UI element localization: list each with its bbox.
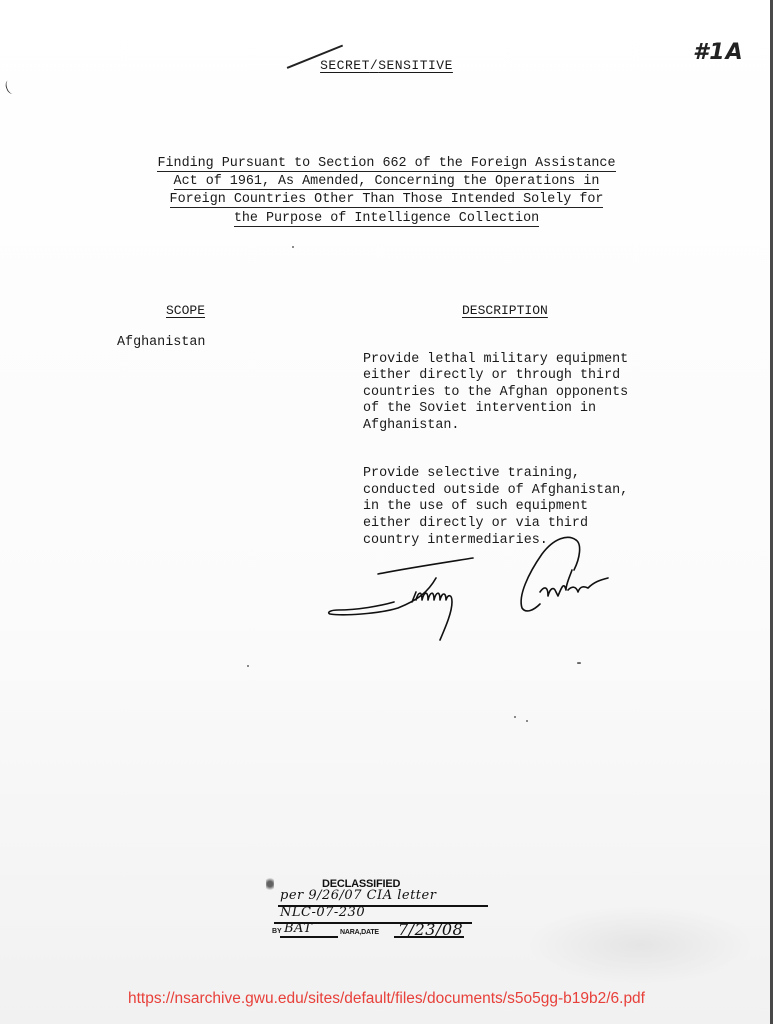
declassification-stamp: DECLASSIFIED per 9/26/07 CIA letter NLC-… xyxy=(258,872,508,952)
declass-date-label: NARA,DATE xyxy=(340,929,379,936)
declass-by-label: BY xyxy=(272,928,282,935)
title-line: the Purpose of Intelligence Collection xyxy=(234,211,539,227)
description-paragraph: Provide lethal military equipment either… xyxy=(363,352,708,435)
handwritten-document-number: #1A xyxy=(693,40,744,65)
scan-mark xyxy=(4,79,17,95)
document-page: SECRET/SENSITIVE #1A Finding Pursuant to… xyxy=(0,0,773,1024)
stamp-ink-spot xyxy=(266,876,274,892)
signature-ink xyxy=(318,530,638,650)
stamp-rule xyxy=(394,936,464,938)
source-url-link[interactable]: https://nsarchive.gwu.edu/sites/default/… xyxy=(0,990,773,1008)
title-line: Finding Pursuant to Section 662 of the F… xyxy=(157,156,615,172)
classification-struck: SECRET xyxy=(320,58,370,73)
finding-title: Finding Pursuant to Section 662 of the F… xyxy=(0,155,773,228)
classification-level: SENSITIVE xyxy=(378,58,453,73)
description-heading: DESCRIPTION xyxy=(462,303,548,318)
declass-case-number: NLC-07-230 xyxy=(280,905,365,920)
signature: Jimmy Carter xyxy=(318,530,638,650)
title-line: Act of 1961, As Amended, Concerning the … xyxy=(174,174,600,190)
declass-by-initials: BAT xyxy=(284,921,312,936)
declass-authority: per 9/26/07 CIA letter xyxy=(280,888,436,903)
classification-separator: / xyxy=(370,58,378,73)
scan-smudge xyxy=(525,905,755,985)
scope-heading: SCOPE xyxy=(166,303,205,318)
classification-marking: SECRET/SENSITIVE xyxy=(0,58,773,73)
stamp-rule xyxy=(280,936,338,938)
scope-value: Afghanistan xyxy=(117,335,205,350)
title-line: Foreign Countries Other Than Those Inten… xyxy=(170,192,604,208)
